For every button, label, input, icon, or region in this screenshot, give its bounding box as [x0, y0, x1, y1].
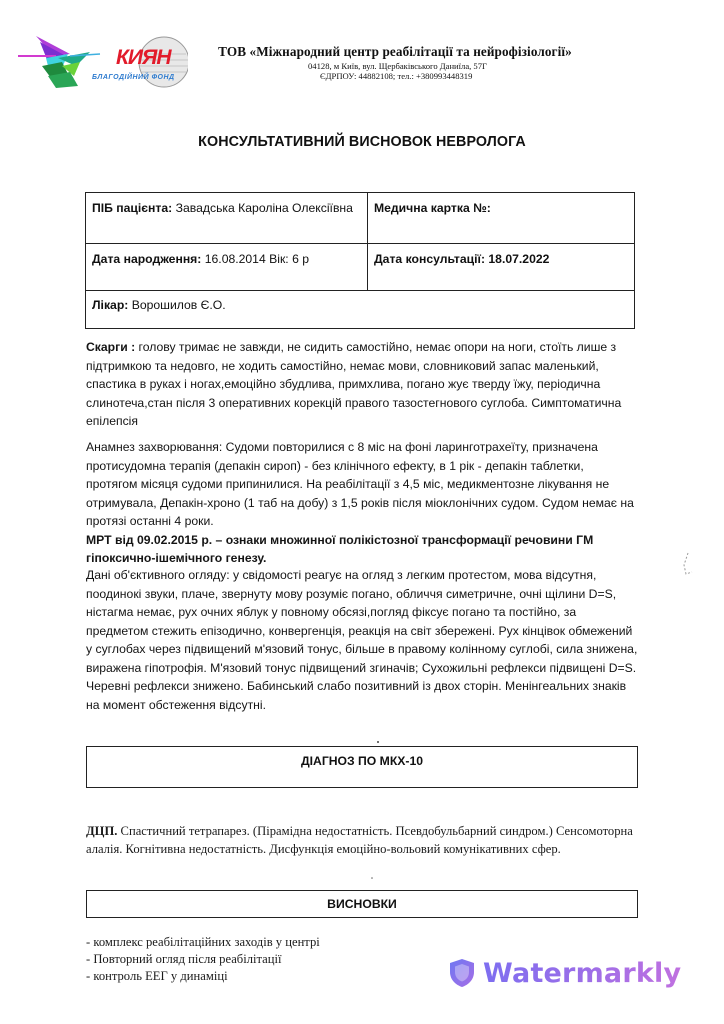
document-page: КИЯН БЛАГОДІЙНИЙ ФОНД ТОВ «Міжнародний ц… [0, 0, 724, 1024]
scan-artifacts [0, 0, 724, 1024]
